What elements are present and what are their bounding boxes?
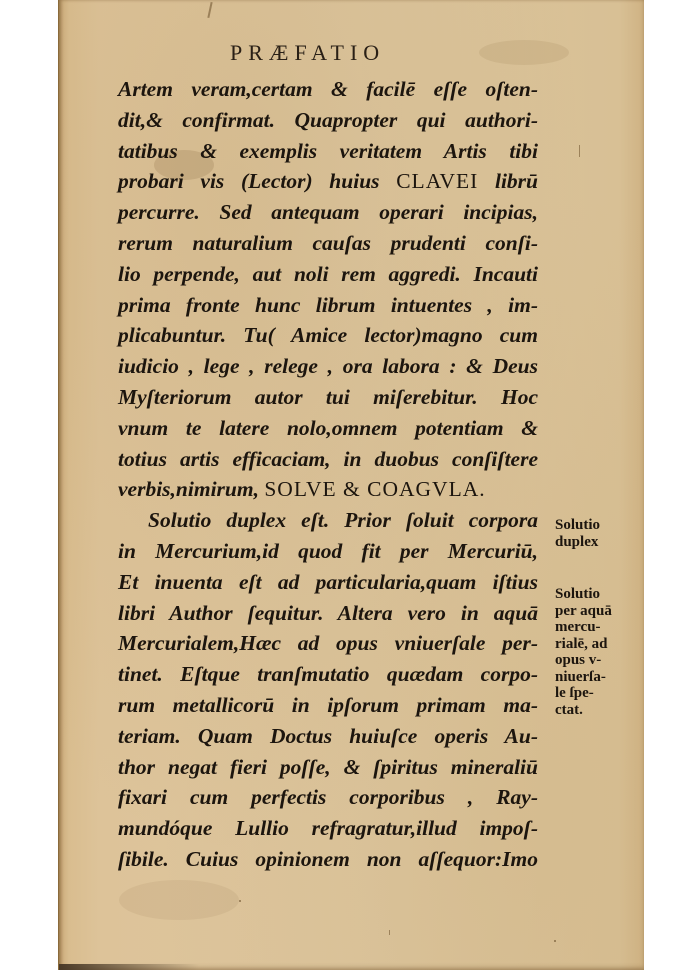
text-line: lio perpende, aut noli rem aggredi. Inca… — [118, 259, 538, 290]
margin-note-line: rialē, ad — [555, 636, 612, 653]
text-line: rum metallicorū in ipſorum primam ma- — [118, 690, 538, 721]
ink-speck — [239, 900, 241, 902]
margin-note-line: opus v- — [555, 652, 612, 669]
text-line: in Mercurium,id quod fit per Mercuriū, — [118, 536, 538, 567]
text-line: Et inuenta eſt ad particularia,quam iſti… — [118, 567, 538, 598]
text-line: rerum naturalium cauſas prudenti conſi- — [118, 228, 538, 259]
text-line: prima fronte hunc librum intuentes , im- — [118, 290, 538, 321]
text-line: Mercurialem,Hæc ad opus vniuerſale per- — [118, 628, 538, 659]
text-line: percurre. Sed antequam operari incipias, — [118, 197, 538, 228]
margin-note-line: duplex — [555, 534, 600, 551]
paper-stain — [479, 40, 569, 65]
margin-note-line: per aquā — [555, 603, 612, 620]
small-caps-title: CLAVEI — [396, 169, 478, 193]
text-line: thor negat fieri poſſe, & ſpiritus miner… — [118, 752, 538, 783]
text-line: mundóque Lullio refragratur,illud impoſ- — [118, 813, 538, 844]
text-line: teriam. Quam Doctus huiuſce operis Au- — [118, 721, 538, 752]
margin-note-solutio-per-aquam: Solutio per aquā mercu- rialē, ad opus v… — [555, 586, 612, 718]
margin-note-line: Solutio — [555, 586, 612, 603]
margin-note-line: niuerſa- — [555, 669, 612, 686]
body-text: Artem veram,certam & facilē eſſe oſten- … — [118, 74, 538, 875]
margin-note-line: le ſpe- — [555, 685, 612, 702]
text-line: dit,& confirmat. Quapropter qui authori- — [118, 105, 538, 136]
text-line: Artem veram,certam & facilē eſſe oſten- — [118, 74, 538, 105]
text-line: probari vis (Lector) huius CLAVEI librū — [118, 166, 538, 197]
paragraph-start-line: Solutio duplex eſt. Prior ſoluit corpora — [118, 505, 538, 536]
small-caps-motto: SOLVE & COAGVLA. — [264, 477, 485, 501]
text-line: totius artis efficaciam, in duobus conſi… — [118, 444, 538, 475]
running-head: PRÆFATIO — [230, 40, 385, 66]
margin-note-solutio-duplex: Solutio duplex — [555, 517, 600, 550]
margin-note-line: ctat. — [555, 702, 612, 719]
text-line: tatibus & exemplis veritatem Artis tibi — [118, 136, 538, 167]
margin-note-line: Solutio — [555, 517, 600, 534]
text-line: ſibile. Cuius opinionem non aſſequor:Imo — [118, 844, 538, 875]
paper-stain — [119, 880, 239, 920]
ink-mark — [207, 2, 212, 18]
ink-speck — [554, 940, 556, 942]
ink-mark — [579, 145, 580, 157]
text-line: vnum te latere nolo,omnem potentiam & — [118, 413, 538, 444]
ink-speck — [389, 930, 390, 935]
text-line: Myſteriorum autor tui miſerebitur. Hoc — [118, 382, 538, 413]
page-binding-shadow — [59, 964, 199, 970]
text-segment: verbis,nimirum, — [118, 477, 264, 501]
text-line: plicabuntur. Tu( Amice lector)magno cum — [118, 320, 538, 351]
margin-note-line: mercu- — [555, 619, 612, 636]
text-line: iudicio , lege , relege , ora labora : &… — [118, 351, 538, 382]
text-segment: probari vis (Lector) huius — [118, 169, 396, 193]
text-line: libri Author ſequitur. Altera vero in aq… — [118, 598, 538, 629]
text-segment: librū — [478, 169, 538, 193]
text-line: fixari cum perfectis corporibus , Ray- — [118, 782, 538, 813]
text-line: verbis,nimirum, SOLVE & COAGVLA. — [118, 474, 538, 505]
text-line: tinet. Eſtque tranſmutatio quædam corpo- — [118, 659, 538, 690]
